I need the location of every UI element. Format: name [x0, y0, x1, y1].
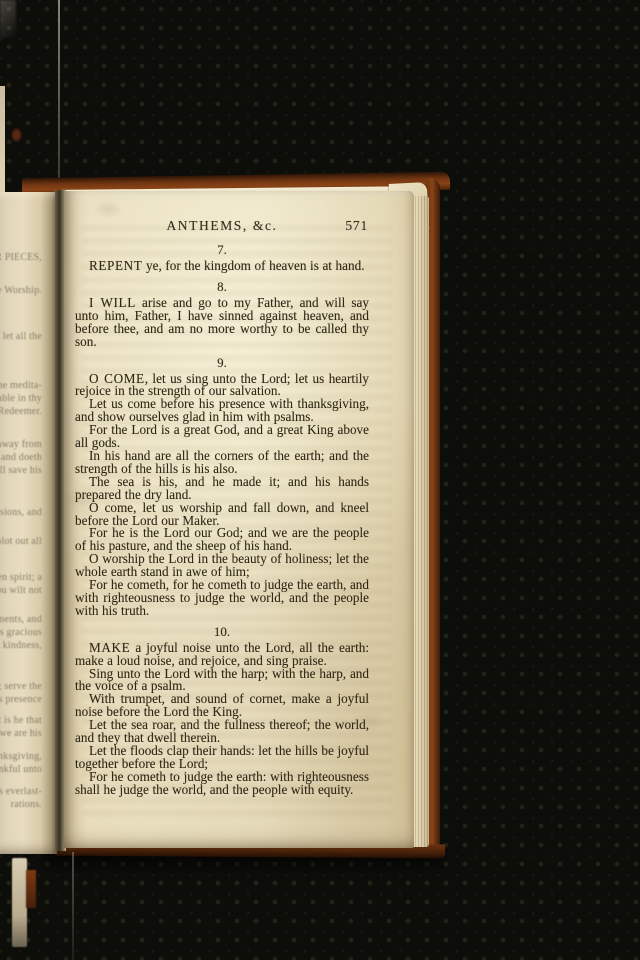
- anthem-section: 10.MAKE a joyful noise unto the Lord, al…: [75, 625, 369, 797]
- verse-paragraph: REPENT ye, for the kingdom of heaven is …: [75, 260, 369, 273]
- left-page-text-fragment: d the medita-: [0, 381, 42, 391]
- verse-paragraph: I WILL arise and go to my Father, and wi…: [75, 297, 369, 349]
- left-page-text-fragment: shall save his: [0, 466, 42, 476]
- verse-paragraph: Let us come before his presence with tha…: [75, 398, 369, 424]
- left-page-text-fragment: is gracious: [0, 628, 42, 638]
- section-number: 7.: [75, 243, 369, 256]
- verse-paragraph: Sing unto the Lord with the harp; with t…: [75, 668, 369, 694]
- thread-above-book: [58, 0, 60, 181]
- left-page-text-fragment: e Worship.: [0, 286, 42, 296]
- verse-paragraph: O worship the Lord in the beauty of holi…: [75, 553, 369, 579]
- anthem-section: 8.I WILL arise and go to my Father, and …: [75, 280, 369, 349]
- left-page-text-fragment: his presence: [0, 695, 42, 705]
- section-number: 8.: [75, 280, 369, 293]
- verse-lead-word: MAKE: [89, 640, 130, 655]
- left-page-text-fragment: ments, and: [0, 615, 42, 625]
- left-page-text-fragment: s; serve the: [0, 682, 42, 692]
- left-page-text-fragment: is everlast-: [0, 787, 42, 797]
- left-page-text-fragment: h away from: [0, 440, 42, 450]
- page-content: ANTHEMS, &c. 571 7.REPENT ye, for the ki…: [75, 218, 369, 797]
- book-stand-edge: [12, 858, 27, 947]
- left-page-text-fragment: gressions, and: [0, 508, 42, 518]
- sections: 7.REPENT ye, for the kingdom of heaven i…: [75, 243, 369, 797]
- left-page-text-fragment: thankful unto: [0, 765, 42, 775]
- book-photograph-scene: R PIECES,e Worship.; let all thed the me…: [0, 0, 640, 960]
- left-page-text-fragment: Redeemer.: [0, 407, 42, 417]
- left-page-text-fragment: ; let all the: [0, 332, 42, 342]
- left-page-text-fragment: thanksgiving,: [0, 752, 42, 762]
- running-header-title: ANTHEMS, &c.: [75, 218, 369, 234]
- top-left-glare: [0, 0, 16, 38]
- left-page-text-fragment: blot out all: [0, 537, 42, 547]
- verse-lead-word: I WILL: [89, 295, 136, 310]
- left-page-text-fragment: R PIECES,: [0, 253, 42, 263]
- left-page-edge-sliver: [0, 86, 5, 196]
- main-page: ANTHEMS, &c. 571 7.REPENT ye, for the ki…: [64, 191, 414, 848]
- verse-paragraph: The sea is his, and he made it; and his …: [75, 476, 369, 502]
- left-page-text-fragment: we are his: [0, 729, 42, 739]
- section-number: 9.: [75, 356, 369, 369]
- verse-paragraph: MAKE a joyful noise unto the Lord, all t…: [75, 642, 369, 668]
- verse-paragraph: For he is the Lord our God; and we are t…: [75, 527, 369, 553]
- page-number: 571: [345, 218, 368, 234]
- verse-paragraph: Let the floods clap their hands: let the…: [75, 745, 369, 771]
- left-page-text-fragment: d, and doeth: [0, 453, 42, 463]
- section-number: 10.: [75, 625, 369, 638]
- cover-corner-below: [26, 870, 36, 908]
- left-page-text-fragment: it is he that: [0, 716, 42, 726]
- left-page-text-fragment: ken spirit; a: [0, 573, 42, 583]
- verse-lead-word: O COME: [89, 371, 145, 386]
- verse-paragraph: For he cometh, for he cometh to judge th…: [75, 579, 369, 618]
- verse-paragraph: O come, let us worship and fall down, an…: [75, 502, 369, 528]
- left-page-text-fragment: table in thy: [0, 394, 42, 404]
- verse-lead-word: REPENT: [89, 258, 142, 273]
- anthem-section: 9.O COME, let us sing unto the Lord; let…: [75, 356, 369, 618]
- thread-below-book: [72, 852, 74, 960]
- verse-paragraph: Let the sea roar, and the fullness there…: [75, 719, 369, 745]
- anthem-section: 7.REPENT ye, for the kingdom of heaven i…: [75, 243, 369, 273]
- left-page-sliver: R PIECES,e Worship.; let all thed the me…: [0, 192, 57, 854]
- verse-paragraph: O COME, let us sing unto the Lord; let u…: [75, 373, 369, 399]
- rust-spot: [12, 129, 21, 141]
- verse-paragraph: In his hand are all the corners of the e…: [75, 450, 369, 476]
- left-page-text-fragment: rations.: [11, 800, 42, 810]
- left-page-text-fragment: great kindness,: [0, 641, 42, 651]
- verse-paragraph: For he cometh to judge the earth: with r…: [75, 771, 369, 797]
- left-page-text-fragment: thou wilt not: [0, 586, 42, 596]
- verse-paragraph: For the Lord is a great God, and a great…: [75, 424, 369, 450]
- verse-paragraph: With trumpet, and sound of cornet, make …: [75, 693, 369, 719]
- page-header: ANTHEMS, &c. 571: [75, 218, 369, 236]
